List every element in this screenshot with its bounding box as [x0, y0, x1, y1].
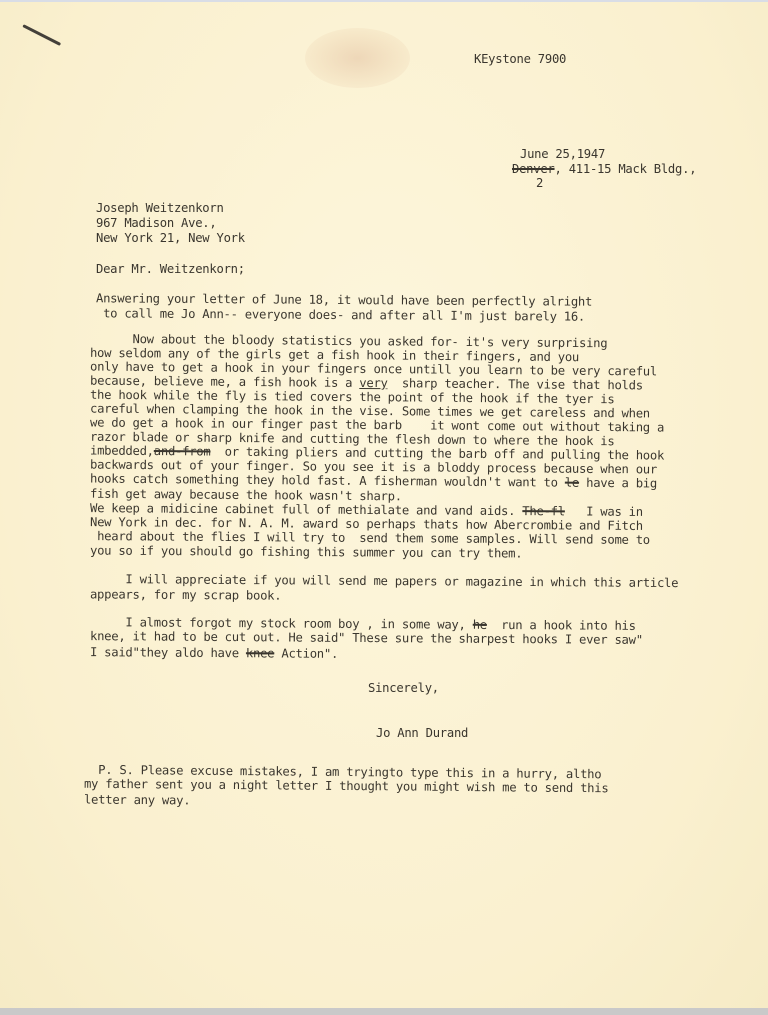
paragraph-3-line: I said"they aldo have knee Action". [90, 645, 338, 661]
scan-edge-bottom [0, 1008, 768, 1015]
paragraph-2-line: you so if you should go fishing this sum… [90, 543, 522, 560]
struck-text: The-fl [522, 504, 565, 518]
struck-text: le [565, 476, 579, 490]
phone-number: KEystone 7900 [474, 52, 566, 66]
scan-edge-top [0, 0, 768, 2]
return-address: Denver, 411-15 Mack Bldg., [512, 162, 696, 176]
recipient-city: New York 21, New York [96, 231, 245, 245]
struck-text: Denver [512, 162, 555, 176]
pencil-mark [22, 24, 61, 46]
salutation: Dear Mr. Weitzenkorn; [96, 262, 245, 276]
closing: Sincerely, [368, 681, 439, 695]
paper-stain [305, 28, 410, 88]
letter-date: June 25,1947 [520, 147, 605, 161]
struck-text: he [473, 618, 487, 632]
return-address-zone: 2 [536, 176, 543, 190]
recipient-street: 967 Madison Ave., [96, 216, 217, 230]
paragraph-3-line: knee, it had to be cut out. He said" The… [90, 629, 643, 647]
recipient-name: Joseph Weitzenkorn [96, 201, 224, 215]
letter-page: KEystone 7900 June 25,1947 Denver, 411-1… [0, 0, 768, 1008]
struck-text: knee [246, 646, 274, 660]
struck-text: and-from [154, 444, 211, 458]
postscript-line: letter any way. [84, 793, 190, 808]
paragraph-1-line: to call me Jo Ann-- everyone does- and a… [96, 306, 585, 323]
paragraph-2-line: appears, for my scrap book. [90, 587, 281, 602]
signature: Jo Ann Durand [376, 726, 468, 740]
